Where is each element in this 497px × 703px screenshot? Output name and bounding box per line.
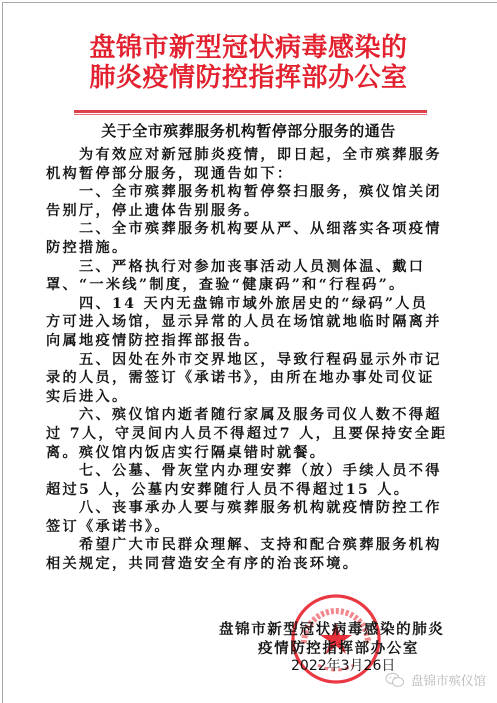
- paragraph-continuation-line: 机构暂停部分服务，现通告如下：: [46, 165, 456, 184]
- red-divider: [74, 110, 427, 115]
- paragraph-first-line: 四、14 天内无盘锦市域外旅居史的“绿码”人员: [46, 295, 456, 314]
- paragraph-first-line: 八、丧事承办人要与殡葬服务机构就疫情防控工作: [46, 499, 456, 518]
- paragraph-first-line: 七、公墓、骨灰堂内办理安葬（放）手续人员不得: [46, 462, 456, 481]
- paragraph-first-line: 三、严格执行对参加丧事活动人员测体温、戴口: [46, 258, 456, 277]
- paragraph-continuation-line: 离。殡仪馆内饭店实行隔桌错时就餐。: [46, 444, 456, 463]
- paragraph-first-line: 五、因处在外市交界地区，导致行程码显示外市记: [46, 351, 456, 370]
- paragraph-continuation-line: 相关规定，共同营造安全有序的治丧环境。: [46, 555, 456, 574]
- paragraph-first-line: 二、全市殡葬服务机构要从严、从细落实各项疫情: [46, 220, 456, 239]
- paragraph-continuation-line: 超过5 人，公墓内安葬随行人员不得超过15 人。: [46, 481, 456, 500]
- header-title-line-1: 盘锦市新型冠状病毒感染的: [0, 33, 497, 63]
- paragraph-first-line: 希望广大市民群众理解、支持和配合殡葬服务机构: [46, 536, 456, 555]
- paragraph-continuation-line: 罩、“一米线”制度，查验“健康码”和“行程码”。: [46, 276, 456, 295]
- paragraph-continuation-line: 签订《承诺书》。: [46, 518, 456, 537]
- wechat-icon: [385, 672, 405, 688]
- wechat-watermark: 盘锦市殡仪馆: [385, 670, 486, 690]
- divider-thin-line: [74, 114, 427, 115]
- notice-title: 关于全市殡葬服务机构暂停部分服务的通告: [0, 120, 497, 141]
- paragraph-first-line: 为有效应对新冠肺炎疫情，即日起，全市殡葬服务: [46, 146, 456, 165]
- paragraph-first-line: 六、殡仪馆内逝者随行家属及服务司仪人数不得超: [46, 406, 456, 425]
- header-title-line-2: 肺炎疫情防控指挥部办公室: [0, 63, 497, 93]
- paragraph-continuation-line: 实后进入。: [46, 388, 456, 407]
- paragraph-continuation-line: 向属地疫情防控指挥部报告。: [46, 332, 456, 351]
- issuing-office-header: 盘锦市新型冠状病毒感染的 肺炎疫情防控指挥部办公室: [0, 33, 497, 93]
- paragraph-continuation-line: 录的人员，需签订《承诺书》，由所在地办事处司仪证: [46, 369, 456, 388]
- paragraph-continuation-line: 防控措施。: [46, 239, 456, 258]
- paragraph-first-line: 一、全市殡葬服务机构暂停祭扫服务，殡仪馆关闭: [46, 183, 456, 202]
- signature-org-line-1: 盘锦市新型冠状病毒感染的肺炎: [219, 618, 497, 639]
- divider-thick-line: [74, 110, 427, 113]
- paragraph-continuation-line: 过 7人，守灵间内人员不得超过7 人，且要保持安全距: [46, 425, 456, 444]
- paragraph-continuation-line: 告别厅，停止遗体告别服务。: [46, 202, 456, 221]
- paragraph-continuation-line: 方可进入场馆，显示异常的人员在场馆就地临时隔离并: [46, 313, 456, 332]
- notice-body: 为有效应对新冠肺炎疫情，即日起，全市殡葬服务机构暂停部分服务，现通告如下：一、全…: [46, 146, 456, 574]
- watermark-account-name: 盘锦市殡仪馆: [411, 671, 486, 689]
